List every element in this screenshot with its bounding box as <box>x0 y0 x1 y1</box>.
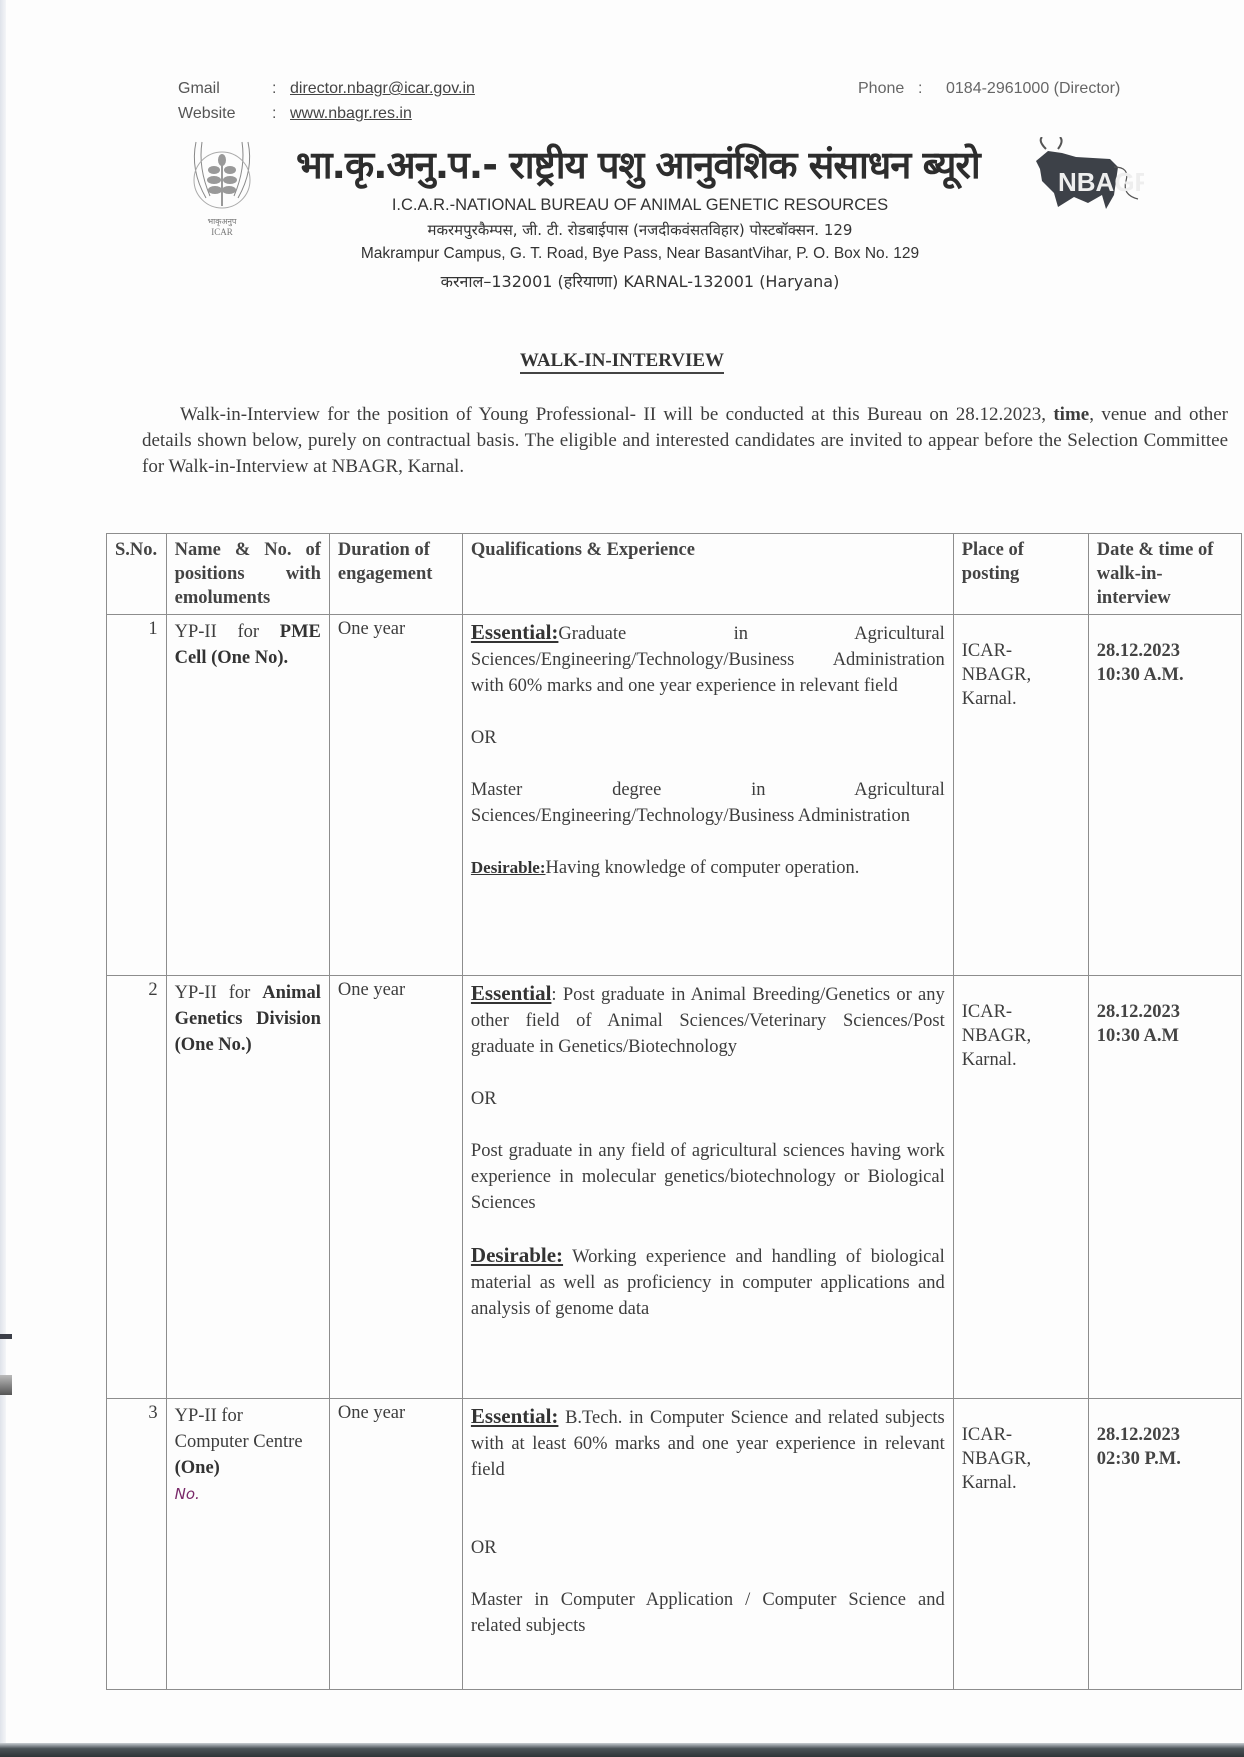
notice-intro: Walk-in-Interview for the position of Yo… <box>142 402 1228 480</box>
essential-qualification: Essential:Graduate in Agricultural Scien… <box>471 619 945 699</box>
header-qualifications: Qualifications & Experience <box>462 534 953 615</box>
alternate-qualification: Master in Computer Application / Compute… <box>471 1587 945 1639</box>
scan-mark <box>0 1375 12 1395</box>
website-link[interactable]: www.nbagr.res.in <box>290 105 412 122</box>
address-hindi: मकरमपुरकैम्पस, जी. टी. रोडबाईपास (नजदीकव… <box>300 220 980 240</box>
phone-label: Phone <box>858 80 918 98</box>
positions-table: S.No. Name & No. of positions with emolu… <box>106 533 1242 1690</box>
gmail-line: Gmail:director.nbagr@icar.gov.in <box>178 80 475 98</box>
table-row: 3 YP-II for Computer Centre (One)No. One… <box>107 1399 1242 1690</box>
alternate-qualification: Master degree in Agricultural Sciences/E… <box>471 777 945 829</box>
svg-text:ICAR: ICAR <box>211 227 233 237</box>
row-duration: One year <box>329 976 462 1399</box>
or-separator: OR <box>471 1086 945 1112</box>
row-qualifications: Essential: B.Tech. in Computer Science a… <box>462 1399 953 1690</box>
svg-text:NBAGR: NBAGR <box>1058 167 1144 197</box>
row-position: YP-II for Computer Centre (One)No. <box>166 1399 329 1690</box>
row-sn: 2 <box>107 976 167 1399</box>
or-separator: OR <box>471 1535 945 1561</box>
row-date: 28.12.202302:30 P.M. <box>1088 1399 1241 1690</box>
scan-mark <box>0 1334 12 1339</box>
row-sn: 3 <box>107 1399 167 1690</box>
gmail-label: Gmail <box>178 80 272 98</box>
alternate-qualification: Post graduate in any field of agricultur… <box>471 1138 945 1216</box>
row-place: ICAR-NBAGR, Karnal. <box>953 976 1088 1399</box>
or-separator: OR <box>471 725 945 751</box>
row-sn: 1 <box>107 615 167 976</box>
essential-qualification: Essential: Post graduate in Animal Breed… <box>471 980 945 1060</box>
desirable-qualification: Desirable: Working experience and handli… <box>471 1242 945 1322</box>
phone-value: 0184-2961000 (Director) <box>946 80 1120 97</box>
address-english: Makrampur Campus, G. T. Road, Bye Pass, … <box>300 245 980 263</box>
essential-qualification: Essential: B.Tech. in Computer Science a… <box>471 1403 945 1483</box>
desirable-qualification: Desirable:Having knowledge of computer o… <box>471 855 945 881</box>
row-qualifications: Essential: Post graduate in Animal Breed… <box>462 976 953 1399</box>
table-header-row: S.No. Name & No. of positions with emolu… <box>107 534 1242 615</box>
phone-line: Phone:0184-2961000 (Director) <box>858 80 1120 98</box>
notice-title: WALK-IN-INTERVIEW <box>0 350 1244 372</box>
page-edge <box>0 0 6 1745</box>
scanner-edge <box>0 1743 1244 1757</box>
institute-title-hindi: भा.कृ.अनु.प.- राष्ट्रीय पशु आनुवंशिक संस… <box>296 138 980 190</box>
nbagr-bull-logo-icon: NBAGR <box>1018 137 1144 217</box>
city-line: करनाल–132001 (हरियाणा) KARNAL-132001 (Ha… <box>300 270 980 292</box>
row-place: ICAR-NBAGR, Karnal. <box>953 615 1088 976</box>
header-place: Place of posting <box>953 534 1088 615</box>
header-name: Name & No. of positions with emoluments <box>166 534 329 615</box>
row-duration: One year <box>329 1399 462 1690</box>
handwritten-note: No. <box>175 1485 200 1503</box>
svg-text:भाकृअनुप: भाकृअनुप <box>208 217 237 227</box>
header-duration: Duration of engagement <box>329 534 462 615</box>
row-qualifications: Essential:Graduate in Agricultural Scien… <box>462 615 953 976</box>
row-date: 28.12.202310:30 A.M <box>1088 976 1241 1399</box>
table-row: 2 YP-II for Animal Genetics Division (On… <box>107 976 1242 1399</box>
row-position: YP-II for Animal Genetics Division (One … <box>166 976 329 1399</box>
website-line: Website:www.nbagr.res.in <box>178 105 412 123</box>
row-duration: One year <box>329 615 462 976</box>
website-label: Website <box>178 105 272 123</box>
row-position: YP-II for PME Cell (One No). <box>166 615 329 976</box>
header-date: Date & time of walk-in-interview <box>1088 534 1241 615</box>
table-row: 1 YP-II for PME Cell (One No). One year … <box>107 615 1242 976</box>
header-sn: S.No. <box>107 534 167 615</box>
institute-title-english: I.C.A.R.-NATIONAL BUREAU OF ANIMAL GENET… <box>300 196 980 215</box>
row-date: 28.12.202310:30 A.M. <box>1088 615 1241 976</box>
gmail-link[interactable]: director.nbagr@icar.gov.in <box>290 80 475 97</box>
icar-logo-icon: भाकृअनुप ICAR <box>186 140 258 240</box>
row-place: ICAR-NBAGR, Karnal. <box>953 1399 1088 1690</box>
